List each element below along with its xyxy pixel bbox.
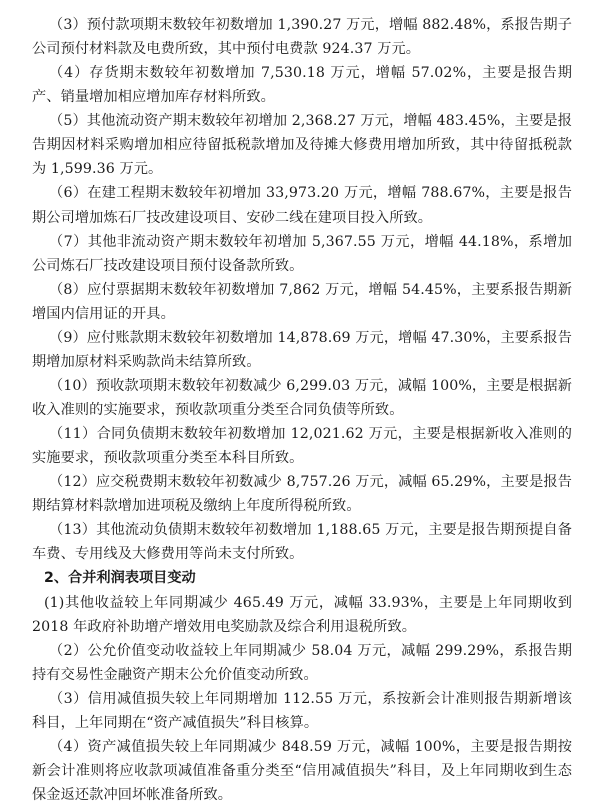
paragraph-other-current-assets: （5）其他流动资产期末数较年初增加 2,368.27 万元，增幅 483.45%… (32, 109, 572, 181)
paragraph-taxes-payable: （12）应交税费期末数较年初数减少 8,757.26 万元，减幅 65.29%，… (32, 470, 572, 518)
section-heading: 2、合并利润表项目变动 (32, 566, 572, 590)
paragraph-advance-receipts: （10）预收款项期末数较年初数减少 6,299.03 万元，减幅 100%，主要… (32, 374, 572, 422)
document-page: （3）预付款项期末数较年初数增加 1,390.27 万元，增幅 882.48%，… (32, 13, 572, 806)
paragraph-credit-impairment: （3）信用减值损失较上年同期增加 112.55 万元，系按新会计准则报告期新增该… (32, 687, 572, 735)
paragraph-accounts-payable: （9）应付账款期末数较年初数增加 14,878.69 万元，增幅 47.30%，… (32, 326, 572, 374)
paragraph-contract-liabilities: （11）合同负债期末数较年初数增加 12,021.62 万元，主要是根据新收入准… (32, 422, 572, 470)
paragraph-inventory: （4）存货期末数较年初数增加 7,530.18 万元，增幅 57.02%，主要是… (32, 61, 572, 109)
paragraph-notes-payable: （8）应付票据期末数较年初数增加 7,862 万元，增幅 54.45%，主要系报… (32, 278, 572, 326)
paragraph-fair-value-change: （2）公允价值变动收益较上年同期减少 58.04 万元，减幅 299.29%，系… (32, 639, 572, 687)
paragraph-other-income: (1)其他收益较上年同期减少 465.49 万元，减幅 33.93%，主要是上年… (32, 591, 572, 639)
paragraph-prepayments: （3）预付款项期末数较年初数增加 1,390.27 万元，增幅 882.48%，… (32, 13, 572, 61)
paragraph-asset-impairment: （4）资产减值损失较上年同期减少 848.59 万元，减幅 100%，主要是报告… (32, 735, 572, 806)
paragraph-other-current-liabilities: （13）其他流动负债期末数较年初数增加 1,188.65 万元，主要是报告期预提… (32, 518, 572, 566)
paragraph-other-non-current-assets: （7）其他非流动资产期末数较年初增加 5,367.55 万元，增幅 44.18%… (32, 230, 572, 278)
paragraph-construction-in-progress: （6）在建工程期末数较年初增加 33,973.20 万元，增幅 788.67%，… (32, 181, 572, 229)
